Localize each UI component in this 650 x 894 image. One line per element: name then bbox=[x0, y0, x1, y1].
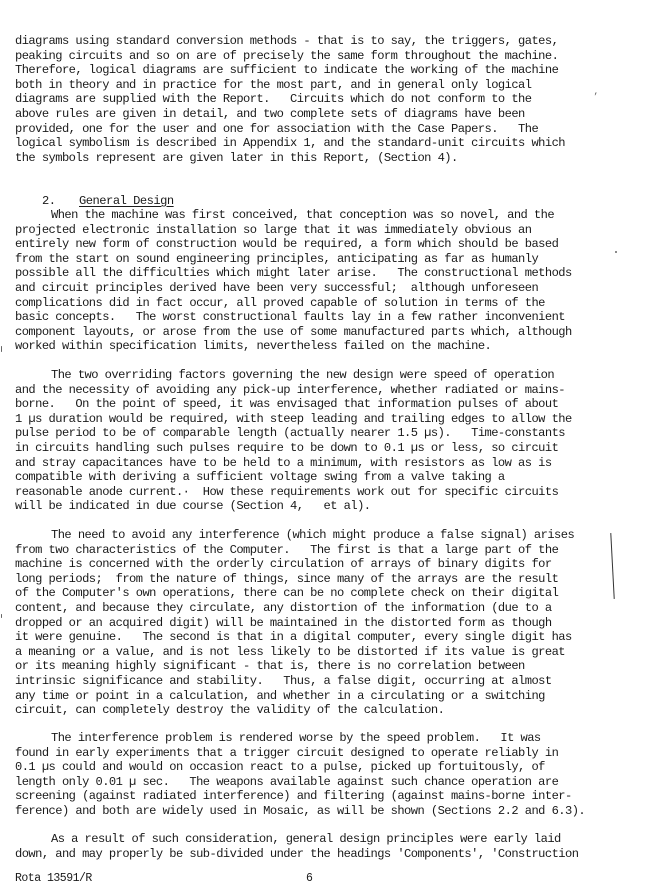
text-line: content, and because they circulate, any… bbox=[15, 601, 645, 616]
text-line: component layouts, or arose from the use… bbox=[15, 325, 645, 340]
text-line: worked within specification limits, neve… bbox=[15, 339, 645, 354]
text-line: When the machine was first conceived, th… bbox=[15, 208, 645, 223]
text-line: The two overriding factors governing the… bbox=[15, 368, 645, 383]
paragraph-general-design-1: When the machine was first conceived, th… bbox=[15, 208, 645, 354]
text-line: Therefore, logical diagrams are sufficie… bbox=[15, 63, 645, 78]
text-line: possible all the difficulties which migh… bbox=[15, 266, 645, 281]
text-line: from the start on sound engineering prin… bbox=[15, 252, 645, 267]
text-line: above rules are given in detail, and two… bbox=[15, 107, 645, 122]
text-line: down, and may properly be sub-divided un… bbox=[15, 847, 645, 862]
document-reference: Rota 13591/R bbox=[15, 872, 92, 885]
section-title: General Design bbox=[79, 194, 174, 208]
text-line: complications did in fact occur, all pro… bbox=[15, 296, 645, 311]
text-line: diagrams using standard conversion metho… bbox=[15, 34, 645, 49]
text-line: basic concepts. The worst constructional… bbox=[15, 310, 645, 325]
text-line: long periods; from the nature of things,… bbox=[15, 572, 645, 587]
text-line: provided, one for the user and one for a… bbox=[15, 122, 645, 137]
text-line: it were genuine. The second is that in a… bbox=[15, 630, 645, 645]
text-line: ference) and both are widely used in Mos… bbox=[15, 804, 645, 819]
text-line: compatible with deriving a sufficient vo… bbox=[15, 470, 645, 485]
text-line: will be indicated in due course (Section… bbox=[15, 499, 645, 514]
scan-speck bbox=[1, 614, 2, 618]
text-line: entirely new form of construction would … bbox=[15, 237, 645, 252]
text-line: borne. On the point of speed, it was env… bbox=[15, 397, 645, 412]
text-line: length only 0.01 µ sec. The weapons avai… bbox=[15, 775, 645, 790]
text-line: and stray capacitances have to be held t… bbox=[15, 456, 645, 471]
text-line: intrinsic significance and stability. Th… bbox=[15, 674, 645, 689]
text-line: peaking circuits and so on are of precis… bbox=[15, 49, 645, 64]
text-line: screening (against radiated interference… bbox=[15, 789, 645, 804]
text-line: in circuits handling such pulses require… bbox=[15, 441, 645, 456]
text-line: As a result of such consideration, gener… bbox=[15, 832, 645, 847]
text-line: a meaning or a value, and is not less li… bbox=[15, 645, 645, 660]
paragraph-intro: diagrams using standard conversion metho… bbox=[15, 34, 645, 165]
page-number: 6 bbox=[306, 872, 313, 885]
scan-speck bbox=[615, 251, 617, 253]
scan-speck bbox=[1, 346, 2, 352]
text-line: pulse period to be of comparable length … bbox=[15, 426, 645, 441]
margin-mark: ’ bbox=[593, 92, 598, 102]
text-line: dropped or an acquired digit) will be ma… bbox=[15, 616, 645, 631]
text-line: projected electronic installation so lar… bbox=[15, 223, 645, 238]
paragraph-general-design-2: The two overriding factors governing the… bbox=[15, 368, 645, 514]
text-line: found in early experiments that a trigge… bbox=[15, 746, 645, 761]
document-page: diagrams using standard conversion metho… bbox=[0, 0, 650, 894]
paragraph-general-design-3: The need to avoid any interference (whic… bbox=[15, 528, 645, 718]
text-line: 1 µs duration would be required, with st… bbox=[15, 412, 645, 427]
text-line: machine is concerned with the orderly ci… bbox=[15, 557, 645, 572]
paragraph-general-design-5: As a result of such consideration, gener… bbox=[15, 832, 645, 861]
text-line: from two characteristics of the Computer… bbox=[15, 543, 645, 558]
text-line: and the necessity of avoiding any pick-u… bbox=[15, 383, 645, 398]
text-line: of the Computer's own operations, there … bbox=[15, 586, 645, 601]
text-line: and circuit principles derived have been… bbox=[15, 281, 645, 296]
text-line: The need to avoid any interference (whic… bbox=[15, 528, 645, 543]
text-line: both in theory and in practice for the m… bbox=[15, 78, 645, 93]
text-line: 0.1 µs could and would on occasion react… bbox=[15, 760, 645, 775]
text-line: the symbols represent are given later in… bbox=[15, 151, 645, 166]
text-line: any time or point in a calculation, and … bbox=[15, 689, 645, 704]
text-line: The interference problem is rendered wor… bbox=[15, 731, 645, 746]
text-line: reasonable anode current.· How these req… bbox=[15, 485, 645, 500]
section-number: 2. bbox=[42, 194, 79, 208]
text-line: logical symbolism is described in Append… bbox=[15, 136, 645, 151]
text-line: or its meaning highly significant - that… bbox=[15, 659, 645, 674]
paragraph-general-design-4: The interference problem is rendered wor… bbox=[15, 731, 645, 819]
text-line: diagrams are supplied with the Report. C… bbox=[15, 92, 645, 107]
text-line: circuit, can completely destroy the vali… bbox=[15, 703, 645, 718]
